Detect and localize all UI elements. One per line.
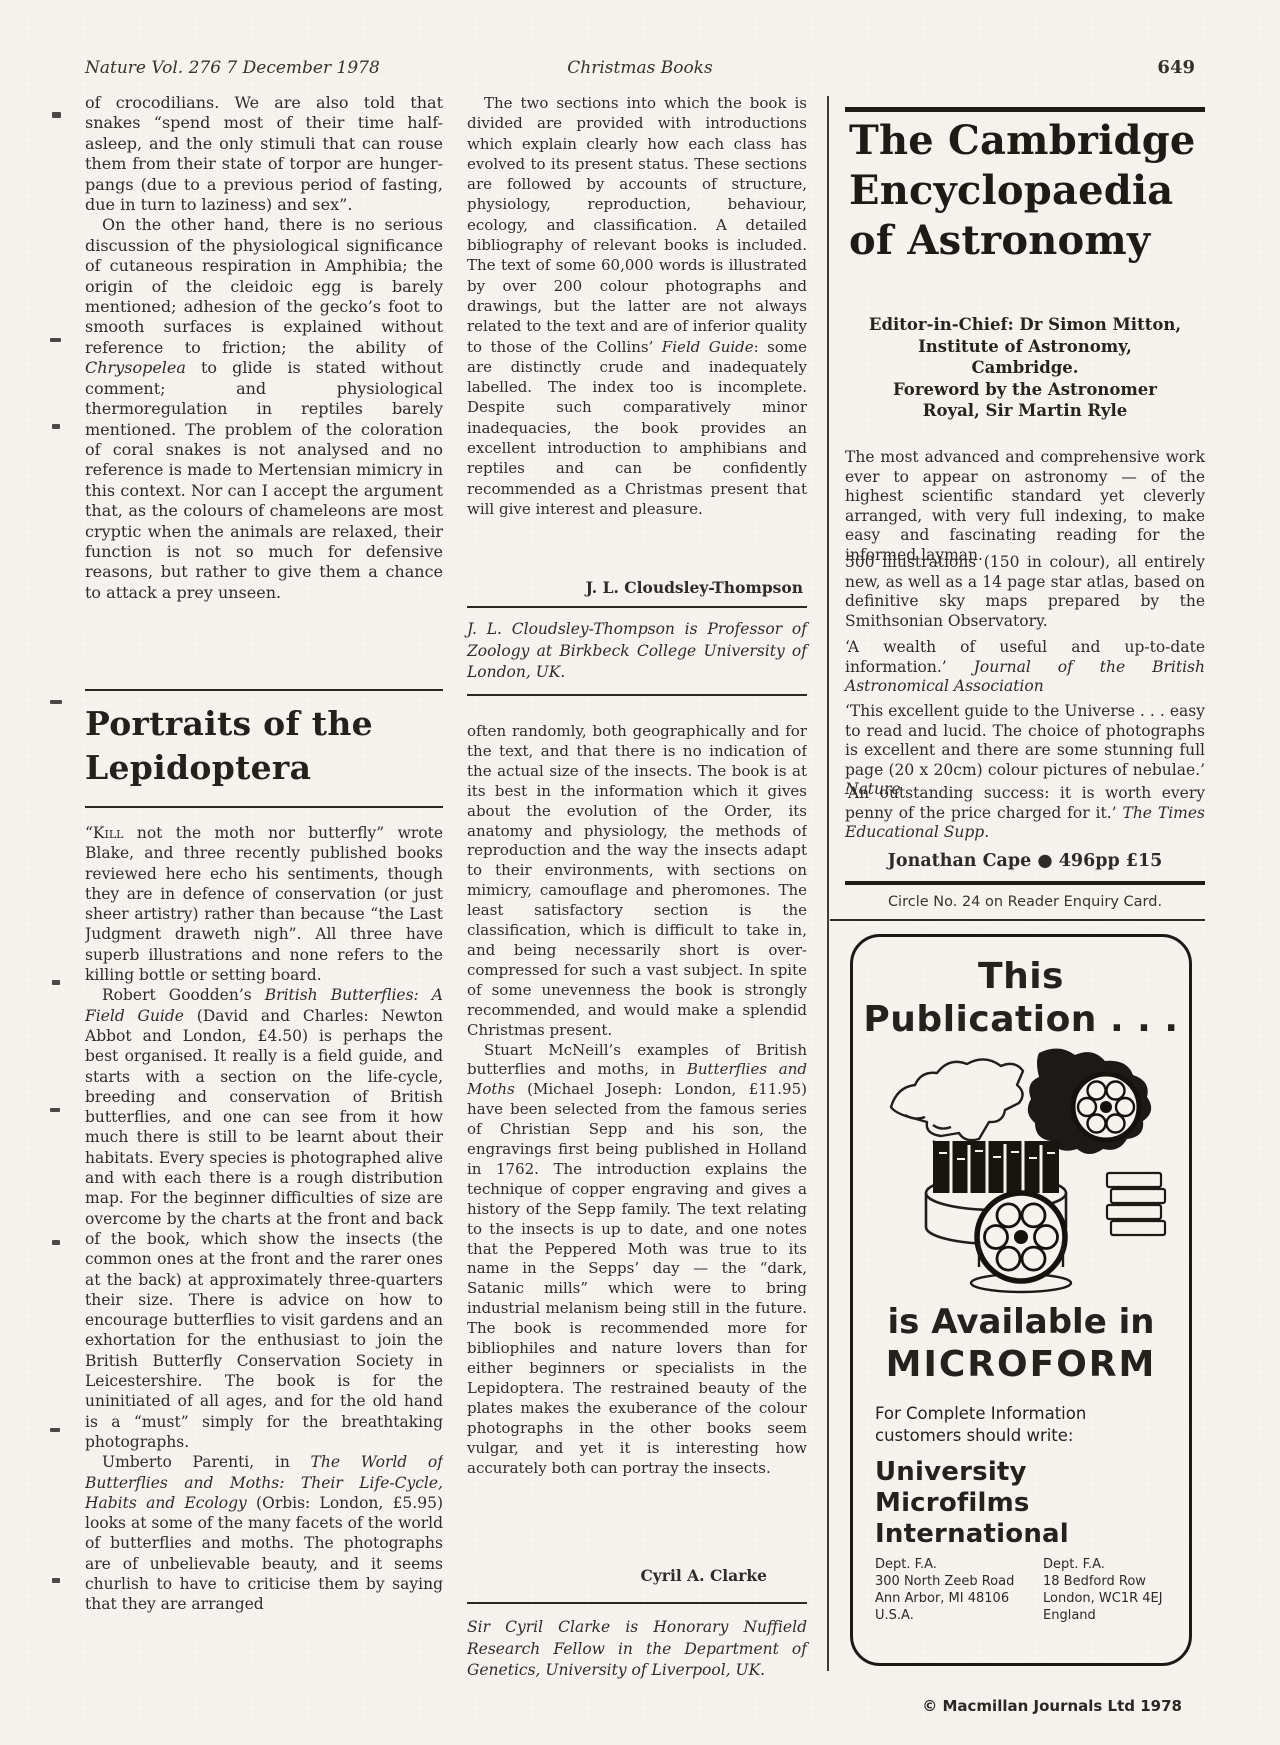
astronomy-ad-title: The Cambridge Encyclopaedia of Astronomy: [849, 116, 1205, 266]
microform-info-line: customers should write:: [875, 1425, 1173, 1447]
editor-line: Royal, Sir Martin Ryle: [845, 400, 1205, 422]
review2-column2: often randomly, both geographically and …: [467, 722, 807, 1560]
astronomy-ad-title-line: of Astronomy: [849, 216, 1205, 266]
astronomy-ad-title-line: Encyclopaedia: [849, 166, 1205, 216]
ad-separator-rule: [830, 919, 1205, 921]
review1-column1: of crocodilians. We are also told that s…: [85, 93, 443, 671]
review2-paragraph: Stuart McNeill’s examples of British but…: [467, 1041, 807, 1479]
address-line: Dept. F.A.: [875, 1556, 1043, 1573]
address-uk: Dept. F.A. 18 Bedford Row London, WC1R 4…: [1043, 1556, 1163, 1624]
bio-rule: [467, 694, 807, 696]
astronomy-ad-quote: ‘An outstanding success: it is worth eve…: [845, 784, 1205, 843]
microform-headline-available: is Available in: [853, 1301, 1189, 1343]
review1-paragraph: The two sections into which the book is …: [467, 93, 807, 519]
scan-artifact: [50, 338, 61, 342]
journal-masthead: Nature Vol. 276 7 December 1978: [85, 58, 465, 78]
scan-artifact: [52, 424, 60, 429]
address-line: U.S.A.: [875, 1607, 1043, 1624]
address-us: Dept. F.A. 300 North Zeeb Road Ann Arbor…: [875, 1556, 1043, 1624]
review2-title: Portraits of the Lepidoptera: [85, 702, 443, 790]
scanned-journal-page: Nature Vol. 276 7 December 1978 Christma…: [0, 0, 1280, 1745]
microform-headline-this: This: [853, 955, 1189, 998]
astronomy-ad-paragraph: The most advanced and comprehensive work…: [845, 448, 1205, 565]
microform-headline-microform: MICROFORM: [853, 1343, 1189, 1387]
scan-artifact: [50, 1428, 60, 1432]
bio-rule: [467, 606, 807, 608]
scan-artifact: [50, 1108, 60, 1112]
astronomy-ad-publisher: Jonathan Cape ● 496pp £15: [845, 851, 1205, 871]
microform-company-name: University Microfilms International: [853, 1457, 1189, 1550]
microform-illustration: [853, 1045, 1189, 1301]
editor-line: Cambridge.: [845, 357, 1205, 379]
microform-info-line: For Complete Information: [875, 1403, 1173, 1425]
address-line: 18 Bedford Row: [1043, 1573, 1163, 1590]
company-name-line: University Microfilms: [875, 1457, 1173, 1519]
review1-paragraph: On the other hand, there is no serious d…: [85, 215, 443, 603]
scan-artifact: [52, 112, 61, 118]
address-line: Ann Arbor, MI 48106: [875, 1590, 1043, 1607]
astronomy-ad-title-line: The Cambridge: [849, 116, 1205, 166]
address-line: England: [1043, 1607, 1163, 1624]
address-line: 300 North Zeeb Road: [875, 1573, 1043, 1590]
microform-headline-publication: Publication . . .: [853, 998, 1189, 1041]
reader-enquiry-note: Circle No. 24 on Reader Enquiry Card.: [845, 894, 1205, 910]
bio-rule: [467, 1602, 807, 1604]
review1-column2: The two sections into which the book is …: [467, 93, 807, 575]
astronomy-ad-paragraph: 500 illustrations (150 in colour), all e…: [845, 553, 1205, 631]
review2-paragraph: Robert Goodden’s British Butterflies: A …: [85, 985, 443, 1452]
editor-line: Editor-in-Chief: Dr Simon Mitton,: [845, 314, 1205, 336]
address-line: Dept. F.A.: [1043, 1556, 1163, 1573]
company-name-line: International: [875, 1519, 1173, 1550]
astronomy-ad-quote: ‘A wealth of useful and up-to-date infor…: [845, 638, 1205, 697]
section-rule: [85, 689, 443, 691]
review1-paragraph: of crocodilians. We are also told that s…: [85, 93, 443, 215]
section-title: Christmas Books: [490, 58, 790, 78]
microform-info: For Complete Information customers shoul…: [853, 1403, 1189, 1447]
review2-column1: “Kill not the moth nor butterfly” wrote …: [85, 823, 443, 1668]
scan-artifact: [52, 980, 60, 985]
review1-signature: J. L. Cloudsley-Thompson: [467, 578, 803, 597]
page-number: 649: [1105, 57, 1195, 78]
ad-bottom-rule: [845, 881, 1205, 885]
ad-top-rule: [845, 107, 1205, 112]
column-divider-rule: [827, 96, 829, 1671]
editor-line: Foreword by the Astronomer: [845, 379, 1205, 401]
review2-paragraph: often randomly, both geographically and …: [467, 722, 807, 1041]
microform-ad-box: This Publication . . .: [850, 934, 1192, 1666]
microform-addresses: Dept. F.A. 300 North Zeeb Road Ann Arbor…: [853, 1556, 1189, 1624]
review2-paragraph: Umberto Parenti, in The World of Butterf…: [85, 1452, 443, 1614]
review2-paragraph: “Kill not the moth nor butterfly” wrote …: [85, 823, 443, 985]
scan-artifact: [52, 1240, 60, 1245]
scan-artifact: [52, 1578, 60, 1583]
review2-author-bio: Sir Cyril Clarke is Honorary Nuffield Re…: [467, 1617, 807, 1682]
copyright-notice: © Macmillan Journals Ltd 1978: [845, 1697, 1182, 1715]
review2-signature: Cyril A. Clarke: [467, 1566, 767, 1585]
astronomy-ad-editor-block: Editor-in-Chief: Dr Simon Mitton, Instit…: [845, 314, 1205, 422]
section-rule: [85, 806, 443, 808]
review1-author-bio: J. L. Cloudsley-Thompson is Professor of…: [467, 619, 807, 684]
scan-artifact: [50, 700, 62, 704]
editor-line: Institute of Astronomy,: [845, 336, 1205, 358]
address-line: London, WC1R 4EJ: [1043, 1590, 1163, 1607]
